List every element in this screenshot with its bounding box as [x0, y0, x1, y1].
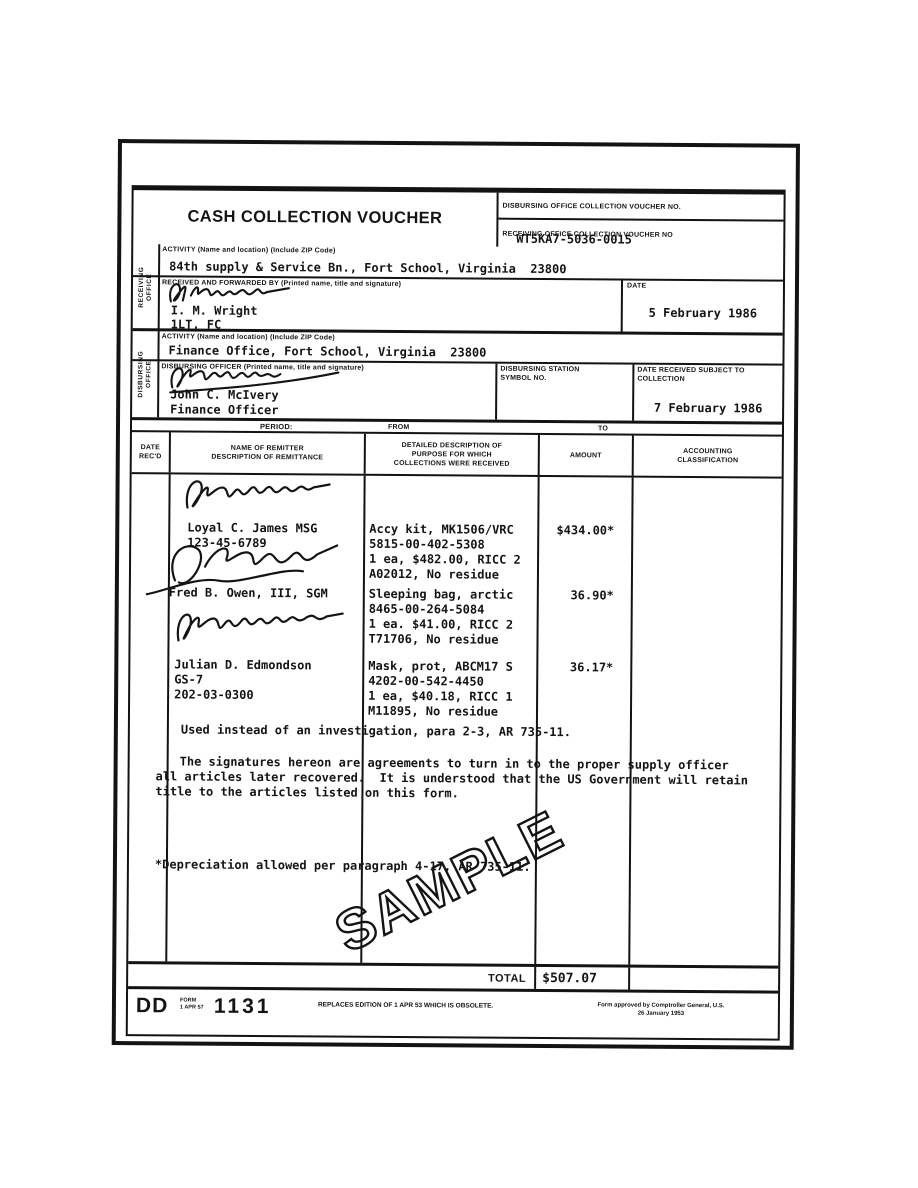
replaces-note: REPLACES EDITION OF 1 APR 53 WHICH IS OB… [318, 1001, 493, 1009]
form-word: FORM [180, 997, 196, 1003]
receiving-date-value: 5 February 1986 [623, 306, 783, 322]
row-purpose: Mask, prot, ABCM17 S 4202-00-542-4450 1 … [368, 659, 513, 720]
signature-julian-d-edmondson [166, 604, 354, 655]
sample-stamp: SAMPLE [321, 792, 579, 973]
form-edition-date: 1 APR 57 [180, 1004, 204, 1010]
row-amount: 36.17* [536, 660, 630, 676]
date-received-value: 7 February 1986 [634, 401, 782, 417]
column-header-date-recd: DATE REC'D [132, 432, 171, 472]
receiving-printed-title: 1LT, FC [171, 317, 222, 332]
sample-stamp-text: SAMPLE [321, 792, 577, 968]
received-forwarded-row: RECEIVED AND FORWARDED BY (Printed name,… [133, 277, 783, 336]
column-header-amount: AMOUNT [540, 435, 634, 476]
form-title: CASH COLLECTION VOUCHER [133, 207, 496, 229]
form-number: 1131 [214, 996, 272, 1017]
receiving-activity-row: ACTIVITY (Name and location) (Include ZI… [133, 244, 783, 282]
table-header-row: DATE REC'D NAME OF REMITTER DESCRIPTION … [132, 432, 782, 479]
date-received-label: DATE RECEIVED SUBJECT TO COLLECTION [637, 367, 744, 385]
row-remitter: Julian D. Edmondson GS-7 202-03-0300 [174, 657, 312, 703]
receiving-activity-value: 84th supply & Service Bn., Fort School, … [169, 259, 566, 277]
period-from-label: FROM [388, 424, 409, 433]
note-investigation: Used instead of an investigation, para 2… [181, 722, 571, 740]
column-header-accounting: ACCOUNTING CLASSIFICATION [634, 436, 782, 477]
row-purpose: Sleeping bag, arctic 8465-00-264-5084 1 … [368, 587, 513, 648]
body-column-divider [534, 477, 539, 964]
voucher-form-frame: CASH COLLECTION VOUCHER DISBURSING OFFIC… [126, 185, 786, 1041]
disbursing-activity-label: ACTIVITY (Name and location) (Include ZI… [162, 333, 335, 343]
period-label: PERIOD: [260, 423, 293, 432]
row-amount: 36.90* [537, 588, 631, 604]
approval-note: Form approved by Comptroller General, U.… [548, 1001, 774, 1019]
disbursing-voucher-no-cell: DISBURSING OFFICE COLLECTION VOUCHER NO. [498, 193, 783, 222]
form-header: CASH COLLECTION VOUCHER DISBURSING OFFIC… [133, 190, 783, 249]
total-divider [534, 967, 536, 989]
total-row: TOTAL $507.07 [128, 961, 778, 994]
disbursing-officer-row: DISBURSING OFFICER (Printed name, title … [132, 361, 782, 422]
receiving-voucher-no-cell: RECEIVING OFFICE COLLECTION VOUCHER NO W… [498, 222, 783, 249]
period-to-label: TO [598, 425, 608, 434]
total-label: TOTAL [128, 970, 526, 985]
disbursing-activity-value: Finance Office, Fort School, Virginia 23… [168, 343, 486, 360]
disbursing-activity-row: ACTIVITY (Name and location) (Include ZI… [132, 331, 782, 366]
total-divider [628, 968, 630, 990]
row-remitter: Fred B. Owen, III, SGM [169, 585, 328, 601]
form-word-and-date: FORM 1 APR 57 [180, 997, 204, 1010]
disbursing-station-label: DISBURSING STATION SYMBOL NO. [500, 366, 579, 384]
receiving-activity-label: ACTIVITY (Name and location) (Include ZI… [162, 246, 335, 256]
note-signatures-agreement: The signatures hereon are agreements to … [155, 754, 761, 803]
body-column-divider [628, 478, 633, 965]
row-purpose: Accy kit, MK1506/VRC 5815-00-402-5308 1 … [369, 522, 521, 583]
total-value: $507.07 [542, 971, 597, 986]
disbursing-printed-title: Finance Officer [170, 402, 278, 418]
disbursing-printed-name: John C. McIvery [170, 387, 278, 403]
disbursing-voucher-no-label: DISBURSING OFFICE COLLECTION VOUCHER NO. [503, 203, 681, 211]
signature-loyal-c-james [179, 475, 339, 518]
scanned-voucher-page: CASH COLLECTION VOUCHER DISBURSING OFFIC… [112, 139, 800, 1050]
receiving-date-label: DATE [627, 283, 646, 292]
column-header-remitter: NAME OF REMITTER DESCRIPTION OF REMITTAN… [171, 432, 366, 473]
form-footer: DD FORM 1 APR 57 1131 REPLACES EDITION O… [128, 989, 778, 1032]
station-cell-divider [495, 364, 497, 420]
row-amount: $434.00* [537, 523, 631, 539]
table-body: Loyal C. James MSG 123-45-6789 Accy kit,… [128, 474, 781, 966]
column-header-purpose: DETAILED DESCRIPTION OF PURPOSE FOR WHIC… [366, 434, 540, 475]
dd-mark: DD [136, 995, 168, 1016]
receiving-voucher-no-value: WT5KA7-5036-0015 [516, 232, 632, 248]
